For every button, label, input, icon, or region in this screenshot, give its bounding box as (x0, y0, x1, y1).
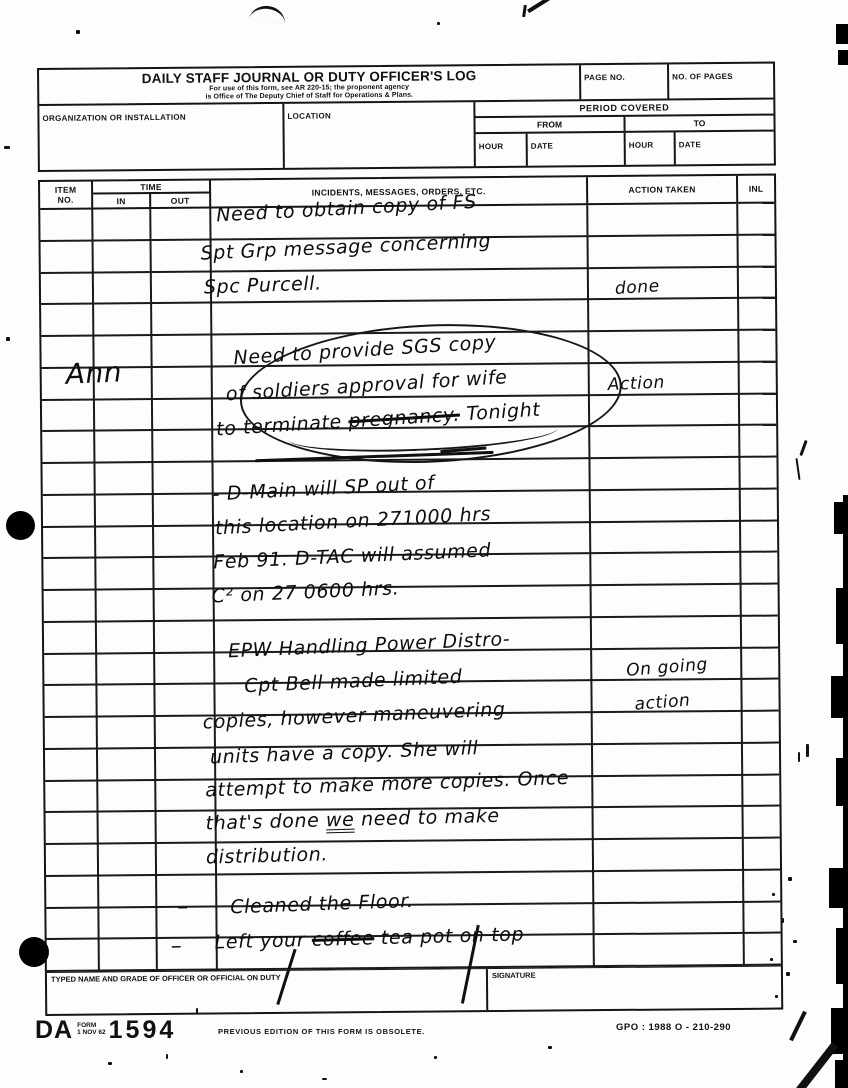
handwritten-entry1-line3: Spc Purcell. (204, 272, 323, 298)
scan-speck (786, 972, 790, 976)
form-da: DA (35, 1016, 73, 1045)
scan-speck (775, 995, 778, 998)
scan-speck (772, 893, 775, 896)
typed-name-label: TYPED NAME AND GRADE OF OFFICER OR OFFIC… (51, 973, 281, 984)
scan-speck (795, 458, 800, 480)
entry5-line2-struck-word: coffee (312, 927, 375, 951)
period-from-label: FROM (475, 117, 625, 132)
signature-field: SIGNATURE (488, 967, 781, 1011)
journal-body (40, 204, 781, 972)
stray-pen-mark (522, 5, 527, 17)
scan-speck (548, 1046, 552, 1049)
entry4-line6-post: need to make (354, 805, 500, 831)
form-edition-date: 1 NOV 62 (77, 1029, 106, 1036)
scan-speck (781, 918, 784, 923)
scan-pen-stroke (789, 1011, 807, 1042)
stray-pen-arc (249, 4, 287, 25)
from-hour-label: HOUR (479, 142, 504, 151)
to-hour-label: HOUR (629, 141, 654, 150)
binding-edge-mark (835, 1060, 848, 1088)
page-no-label: PAGE NO. (584, 73, 625, 82)
scan-speck (166, 1054, 168, 1059)
scan-speck (437, 22, 440, 25)
scan-speck (434, 1056, 437, 1059)
binding-edge-mark (838, 50, 848, 65)
to-hour-field: HOUR (626, 132, 676, 164)
binding-edge-mark (829, 868, 848, 908)
hole-punch-mark (6, 511, 35, 540)
page-no-field: PAGE NO. (581, 64, 669, 99)
time-out-label: OUT (151, 194, 209, 208)
column-action-taken: ACTION TAKEN (588, 176, 738, 203)
to-date-label: DATE (679, 140, 701, 149)
scan-speck (793, 940, 797, 943)
binding-edge-mark (834, 502, 848, 534)
handwritten-entry2-item: Ann (65, 355, 123, 390)
scan-speck (806, 744, 809, 757)
binding-edge-mark (836, 758, 848, 806)
item-label: ITEM (55, 185, 77, 195)
from-hour-field: HOUR (476, 134, 528, 166)
location-field: LOCATION (284, 102, 476, 168)
scanned-da-form-1594: { "header": { "title": "DAILY STAFF JOUR… (0, 0, 848, 1088)
binding-edge-mark (836, 588, 848, 644)
period-covered-block: PERIOD COVERED FROM TO HOUR DATE HOUR DA… (475, 100, 774, 167)
scan-speck (799, 440, 807, 456)
gpo-print-code: GPO : 1988 O - 210-290 (616, 1022, 731, 1033)
scan-speck (4, 146, 10, 149)
entry5-line2-pre: Left your (214, 929, 312, 954)
period-to-label: TO (625, 116, 773, 131)
handwritten-entry1-action: done (614, 276, 660, 299)
form-title-block: DAILY STAFF JOURNAL OR DUTY OFFICER'S LO… (39, 65, 581, 104)
from-date-label: DATE (531, 141, 553, 150)
scan-speck (770, 958, 773, 961)
time-label: TIME (93, 181, 209, 195)
organization-label: ORGANIZATION OR INSTALLATION (42, 113, 186, 123)
binding-edge-mark (831, 676, 848, 718)
scan-speck (798, 752, 800, 762)
scan-pen-stroke (794, 1042, 838, 1088)
no-of-pages-field: NO. OF PAGES (669, 64, 773, 99)
journal-footer-row: TYPED NAME AND GRADE OF OFFICER OR OFFIC… (47, 966, 781, 1014)
handwritten-entry2-action: Action (607, 373, 665, 395)
entry5-line2-post: tea pot on top (374, 923, 524, 949)
handwritten-entry5-dash1: – (177, 895, 189, 920)
column-inl: INL (738, 176, 774, 202)
stray-pen-mark (527, 0, 553, 13)
binding-edge-mark (836, 928, 848, 984)
organization-field: ORGANIZATION OR INSTALLATION (39, 104, 285, 170)
period-hourdate-row: HOUR DATE HOUR DATE (476, 132, 774, 167)
handwritten-entry5-dash2: – (171, 934, 183, 959)
obsolete-note: PREVIOUS EDITION OF THIS FORM IS OBSOLET… (218, 1027, 425, 1036)
no-label: NO. (58, 195, 74, 205)
scan-speck (788, 877, 792, 881)
form-number: 1594 (109, 1016, 177, 1045)
form-header-row: DAILY STAFF JOURNAL OR DUTY OFFICER'S LO… (37, 62, 775, 106)
scan-speck (6, 337, 10, 341)
column-item-no: ITEM NO. (40, 182, 93, 208)
binding-edge-mark (836, 24, 848, 44)
from-date-field: DATE (528, 133, 626, 166)
column-time: TIME IN OUT (93, 180, 211, 207)
time-in-label: IN (93, 194, 151, 208)
scan-speck (322, 1078, 327, 1080)
scan-speck (240, 1070, 243, 1073)
to-date-field: DATE (676, 132, 774, 165)
handwritten-entry4-line7: distribution. (206, 843, 329, 868)
form-edition: FORM 1 NOV 62 (77, 1022, 106, 1036)
scan-speck (108, 1062, 112, 1065)
form-org-row: ORGANIZATION OR INSTALLATION LOCATION PE… (37, 100, 776, 172)
form-body: DAILY STAFF JOURNAL OR DUTY OFFICER'S LO… (37, 60, 783, 1016)
entry4-line6-underlined-word: we (326, 809, 355, 832)
form-id-line: DA FORM 1 NOV 62 1594 (35, 1016, 176, 1045)
location-label: LOCATION (287, 111, 331, 120)
signature-label: SIGNATURE (492, 971, 536, 980)
entry4-line6-pre: that's done (205, 809, 326, 834)
no-of-pages-label: NO. OF PAGES (672, 72, 733, 82)
scan-speck (196, 1008, 198, 1014)
scan-speck (76, 30, 80, 34)
form-word: FORM (77, 1022, 96, 1029)
typed-name-field: TYPED NAME AND GRADE OF OFFICER OR OFFIC… (47, 969, 488, 1014)
hole-punch-mark (19, 937, 49, 967)
